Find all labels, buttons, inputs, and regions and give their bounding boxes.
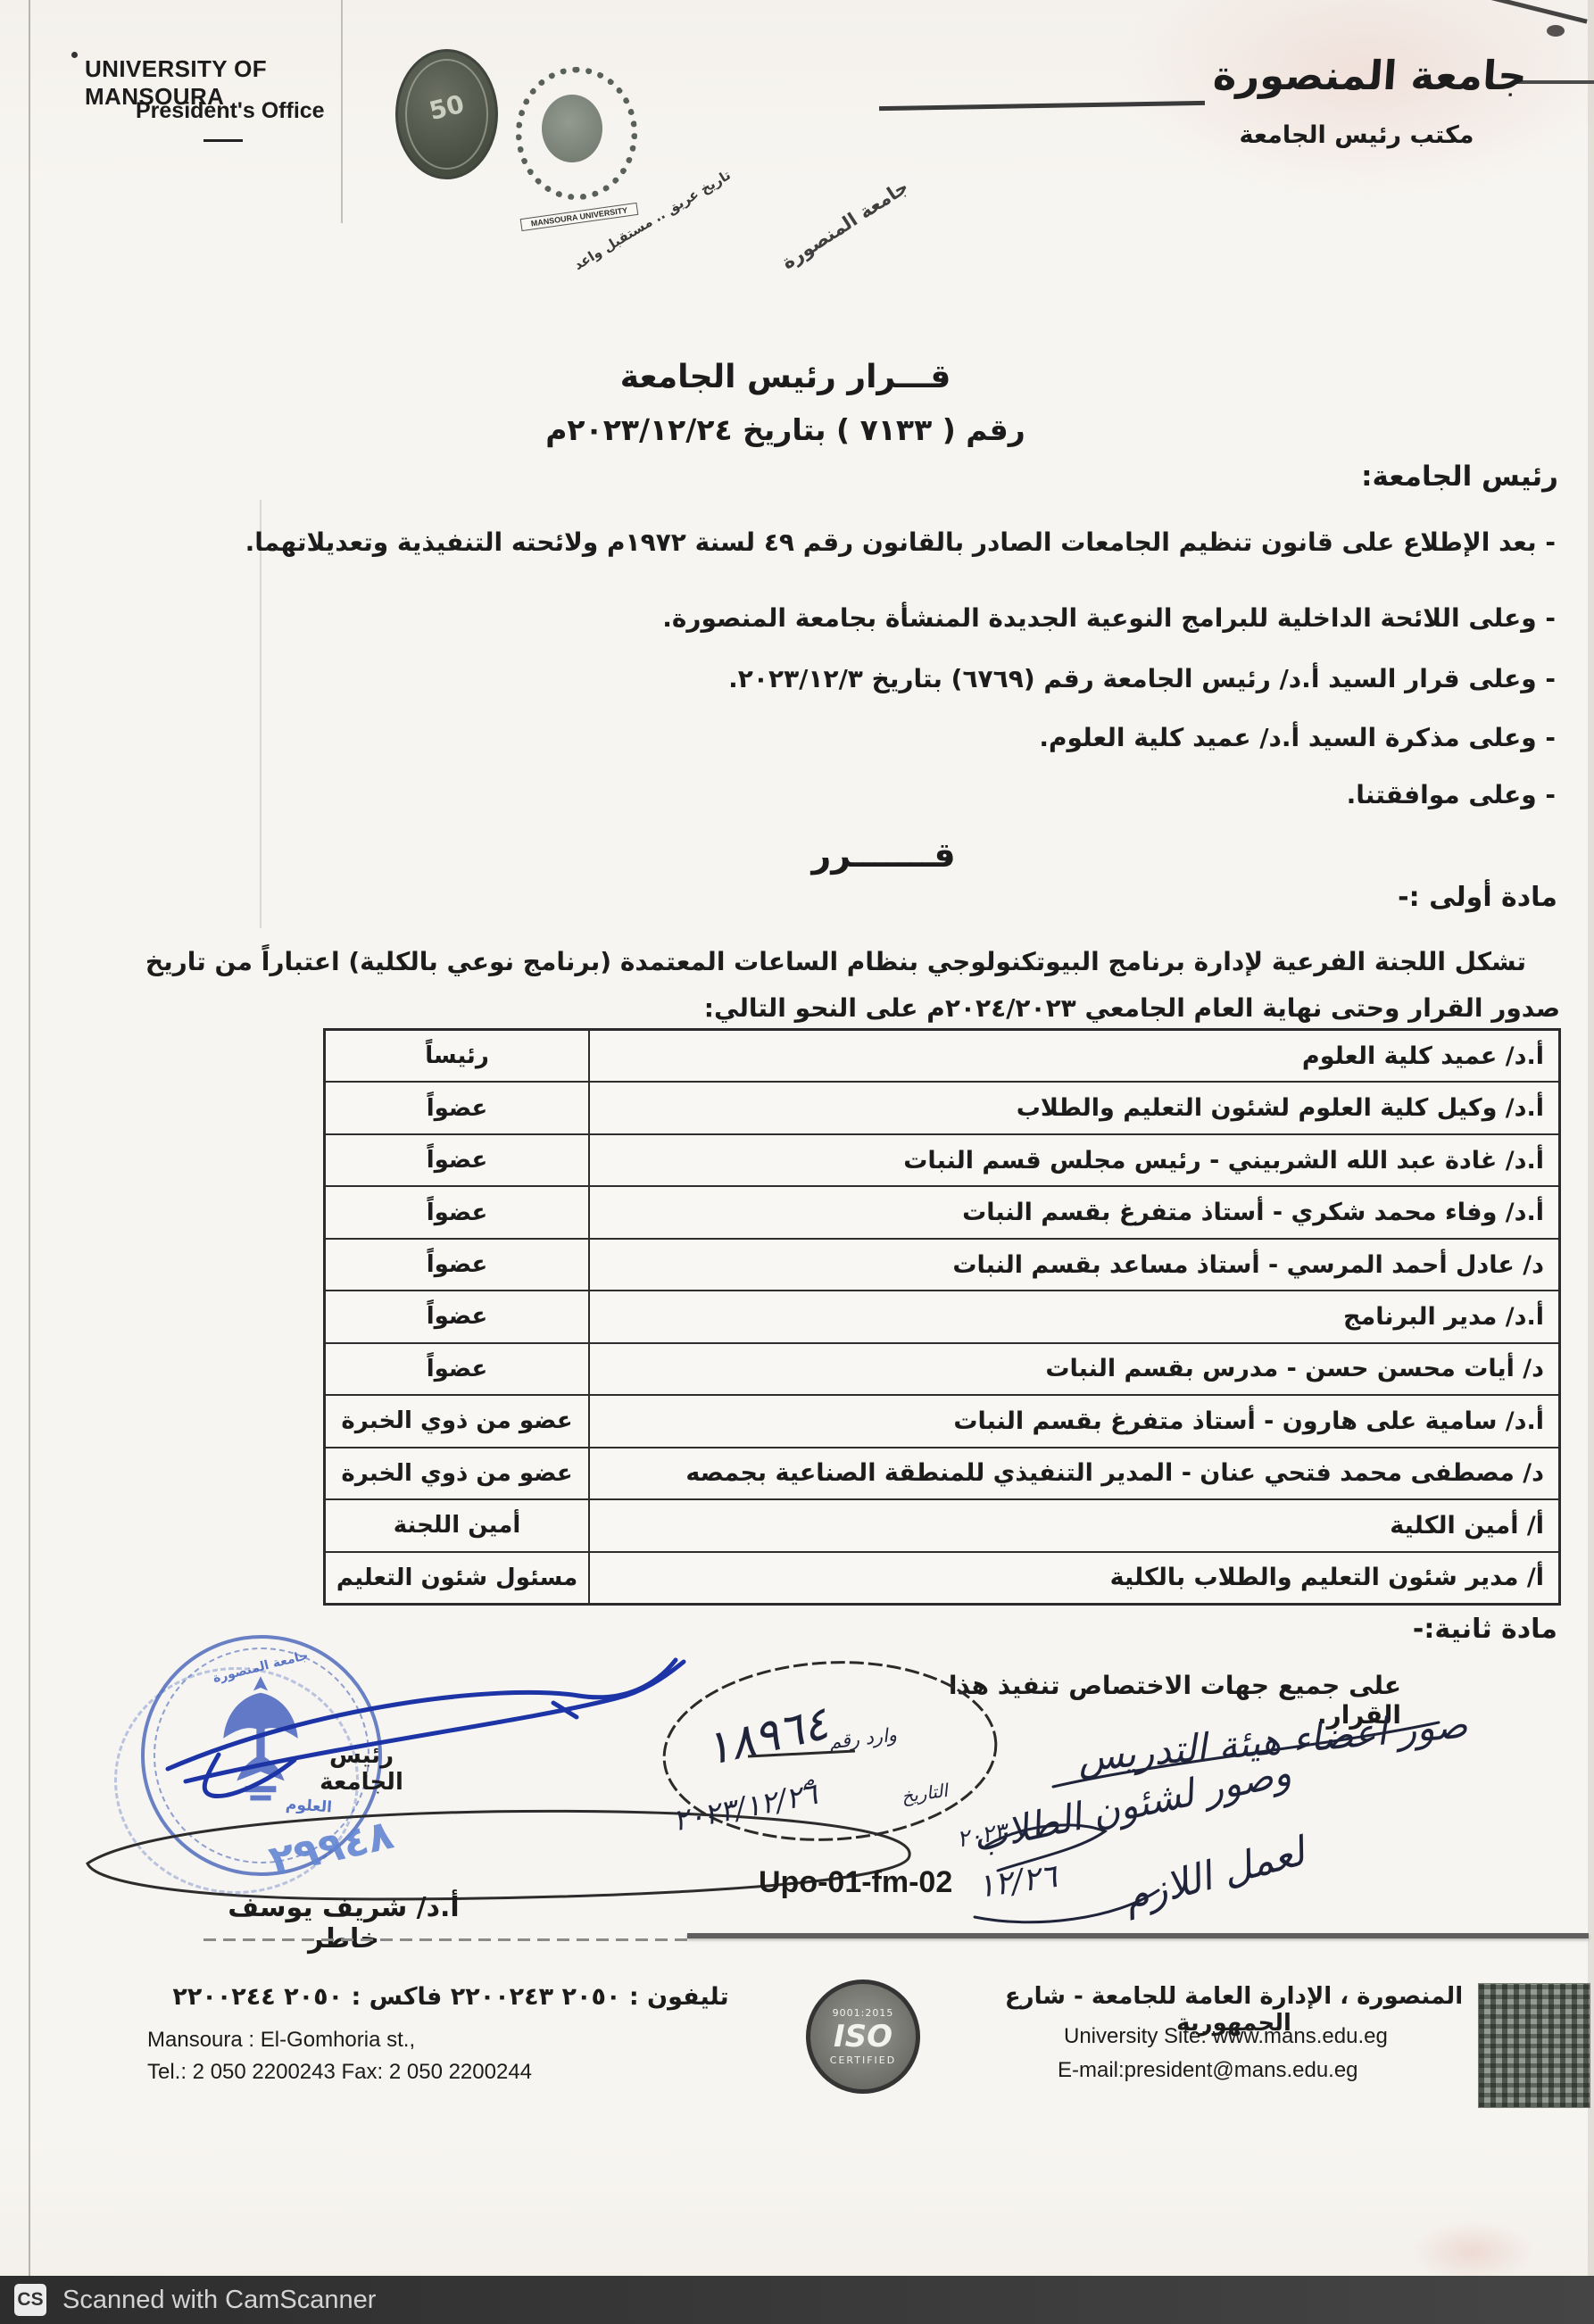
name-cell: أ/ مدير شئون التعليم والطلاب بالكلية	[590, 1553, 1558, 1603]
name-cell: أ.د/ وكيل كلية العلوم لشئون التعليم والط…	[590, 1083, 1558, 1133]
role-cell: عضواً	[326, 1240, 590, 1290]
decree-number-line: رقم ( ٧١٣٣ ) بتاريخ ٢٠٢٣/١٢/٢٤م	[500, 412, 1071, 447]
table-row: مسئول شئون التعليمأ/ مدير شئون التعليم و…	[326, 1553, 1558, 1603]
scan-corner-blob	[1547, 25, 1565, 37]
anniversary-seal: 50	[395, 49, 498, 179]
president-position-title: رئيس الجامعة	[295, 1742, 428, 1796]
presidents-office-en: President's Office	[136, 98, 350, 124]
camscanner-bar: CS Scanned with CamScanner	[0, 2276, 1594, 2324]
role-cell: عضواً	[326, 1083, 590, 1133]
scan-dot	[71, 52, 78, 58]
role-cell: أمين اللجنة	[326, 1500, 590, 1550]
university-emblem	[516, 67, 637, 200]
received-stamp-number: ١٨٩٦٤	[700, 1682, 894, 1777]
footer-site: University Site: www.mans.edu.eg	[1064, 2024, 1388, 2049]
calligraphy-stroke	[879, 101, 1205, 111]
footer-email: E-mail:president@mans.edu.eg	[1058, 2058, 1358, 2083]
table-row: عضواًد/ أيات محسن حسن - مدرس بقسم النبات	[326, 1344, 1558, 1396]
university-emblem-caption-ar: جامعة المنصورة	[766, 176, 912, 281]
issuer-heading: رئيس الجامعة:	[1294, 461, 1558, 493]
name-cell: أ.د/ مدير البرنامج	[590, 1291, 1558, 1341]
scan-edge-line-left	[29, 0, 30, 2276]
camscanner-text: Scanned with CamScanner	[62, 2286, 376, 2315]
university-emblem-core	[542, 95, 602, 162]
role-cell: مسئول شئون التعليم	[326, 1553, 590, 1603]
table-row: رئيساًأ.د/ عميد كلية العلوم	[326, 1031, 1558, 1083]
table-row: عضواًأ.د/ وكيل كلية العلوم لشئون التعليم…	[326, 1083, 1558, 1134]
name-cell: د/ عادل أحمد المرسي - أستاذ مساعد بقسم ا…	[590, 1240, 1558, 1290]
scanned-document-page: UNIVERSITY OF MANSOURA President's Offic…	[0, 0, 1594, 2324]
role-cell: عضواً	[326, 1291, 590, 1341]
scan-right-shade	[1588, 0, 1594, 2324]
iso-bottom-text: CERTIFIED	[830, 2054, 896, 2066]
camscanner-logo-icon: CS	[14, 2284, 46, 2316]
name-cell: أ/ أمين الكلية	[590, 1500, 1558, 1550]
decree-title: قـــرار رئيس الجامعة	[535, 359, 1035, 395]
iso-badge: 9001:2015 ISO CERTIFIED	[806, 1980, 920, 2094]
table-row: عضواًد/ عادل أحمد المرسي - أستاذ مساعد ب…	[326, 1240, 1558, 1291]
university-name-ar: جامعة المنصورة	[1208, 52, 1532, 99]
footer-tel-en: Tel.: 2 050 2200243 Fax: 2 050 2200244	[147, 2060, 532, 2085]
preamble-item-1: - بعد الإطلاع على قانون تنظيم الجامعات ا…	[219, 523, 1556, 563]
name-cell: أ.د/ سامية على هارون - أستاذ متفرغ بقسم …	[590, 1396, 1558, 1446]
table-row: عضواًأ.د/ وفاء محمد شكري - أستاذ متفرغ ب…	[326, 1187, 1558, 1239]
role-cell: عضواً	[326, 1187, 590, 1237]
preamble-item-4: - وعلى مذكرة السيد أ.د/ عميد كلية العلوم…	[219, 723, 1556, 752]
handwritten-date: ١٢/٢٦	[975, 1858, 1059, 1905]
university-emblem-ribbon: MANSOURA UNIVERSITY	[520, 203, 639, 231]
role-cell: عضواً	[326, 1344, 590, 1394]
decision-word: قـــــــرر	[759, 835, 1009, 875]
name-cell: أ.د/ عميد كلية العلوم	[590, 1031, 1558, 1081]
footer-thick-line	[687, 1933, 1589, 1938]
name-cell: أ.د/ غادة عبد الله الشربيني - رئيس مجلس …	[590, 1135, 1558, 1185]
table-row: عضواًأ.د/ مدير البرنامج	[326, 1291, 1558, 1343]
footer-address-en: Mansoura : El-Gomhoria st.,	[147, 2028, 415, 2053]
article1-heading: مادة أولى :-	[1299, 882, 1557, 913]
role-cell: عضو من ذوي الخبرة	[326, 1448, 590, 1498]
iso-word: ISO	[834, 2019, 892, 2054]
article1-text: تشكل اللجنة الفرعية لإدارة برنامج البيوت…	[91, 939, 1560, 1032]
preamble-item-2: - وعلى اللائحة الداخلية للبرامج النوعية …	[219, 603, 1556, 633]
scan-crease-line-2	[260, 500, 262, 928]
signer-name: أ.د/ شريف يوسف خاطر	[219, 1892, 469, 1955]
footer-phone-ar: تليفون : ٢٠٥٠ ٢٢٠٠٢٤٣ فاكس : ٢٠٥٠ ٢٢٠٠٢٤…	[103, 1983, 799, 2011]
table-row: عضواًأ.د/ غادة عبد الله الشربيني - رئيس …	[326, 1135, 1558, 1187]
handwritten-note-3: لعمل اللازم	[1074, 1829, 1309, 1933]
scan-corner-slash	[1474, 0, 1587, 24]
name-cell: د/ مصطفى محمد فتحي عنان - المدير التنفيذ…	[590, 1448, 1558, 1498]
scan-pink-tint-bottom	[1410, 2220, 1535, 2283]
role-cell: رئيساً	[326, 1031, 590, 1081]
table-row: عضو من ذوي الخبرةد/ مصطفى محمد فتحي عنان…	[326, 1448, 1558, 1500]
article2-heading: مادة ثانية:-	[1299, 1614, 1557, 1645]
iso-top-text: 9001:2015	[833, 2007, 894, 2019]
preamble-item-3: - وعلى قرار السيد أ.د/ رئيس الجامعة رقم …	[219, 664, 1556, 693]
form-code: Upo-01-fm-02	[759, 1865, 952, 1900]
table-row: أمين اللجنةأ/ أمين الكلية	[326, 1500, 1558, 1552]
stamp-noise-block	[1478, 1983, 1590, 2108]
role-cell: عضو من ذوي الخبرة	[326, 1396, 590, 1446]
role-cell: عضواً	[326, 1135, 590, 1185]
table-row: عضو من ذوي الخبرةأ.د/ سامية على هارون - …	[326, 1396, 1558, 1448]
name-cell: أ.د/ وفاء محمد شكري - أستاذ متفرغ بقسم ا…	[590, 1187, 1558, 1237]
preamble-item-5: - وعلى موافقتنا.	[219, 780, 1556, 809]
name-cell: د/ أيات محسن حسن - مدرس بقسم النبات	[590, 1344, 1558, 1394]
committee-table: رئيساًأ.د/ عميد كلية العلوم عضواًأ.د/ وك…	[323, 1028, 1561, 1606]
header-dash	[203, 139, 243, 142]
received-stamp-date: ٢٠٢٣/١٢/٢٦	[669, 1763, 886, 1838]
presidents-office-ar: مكتب رئيس الجامعة	[1232, 121, 1482, 149]
